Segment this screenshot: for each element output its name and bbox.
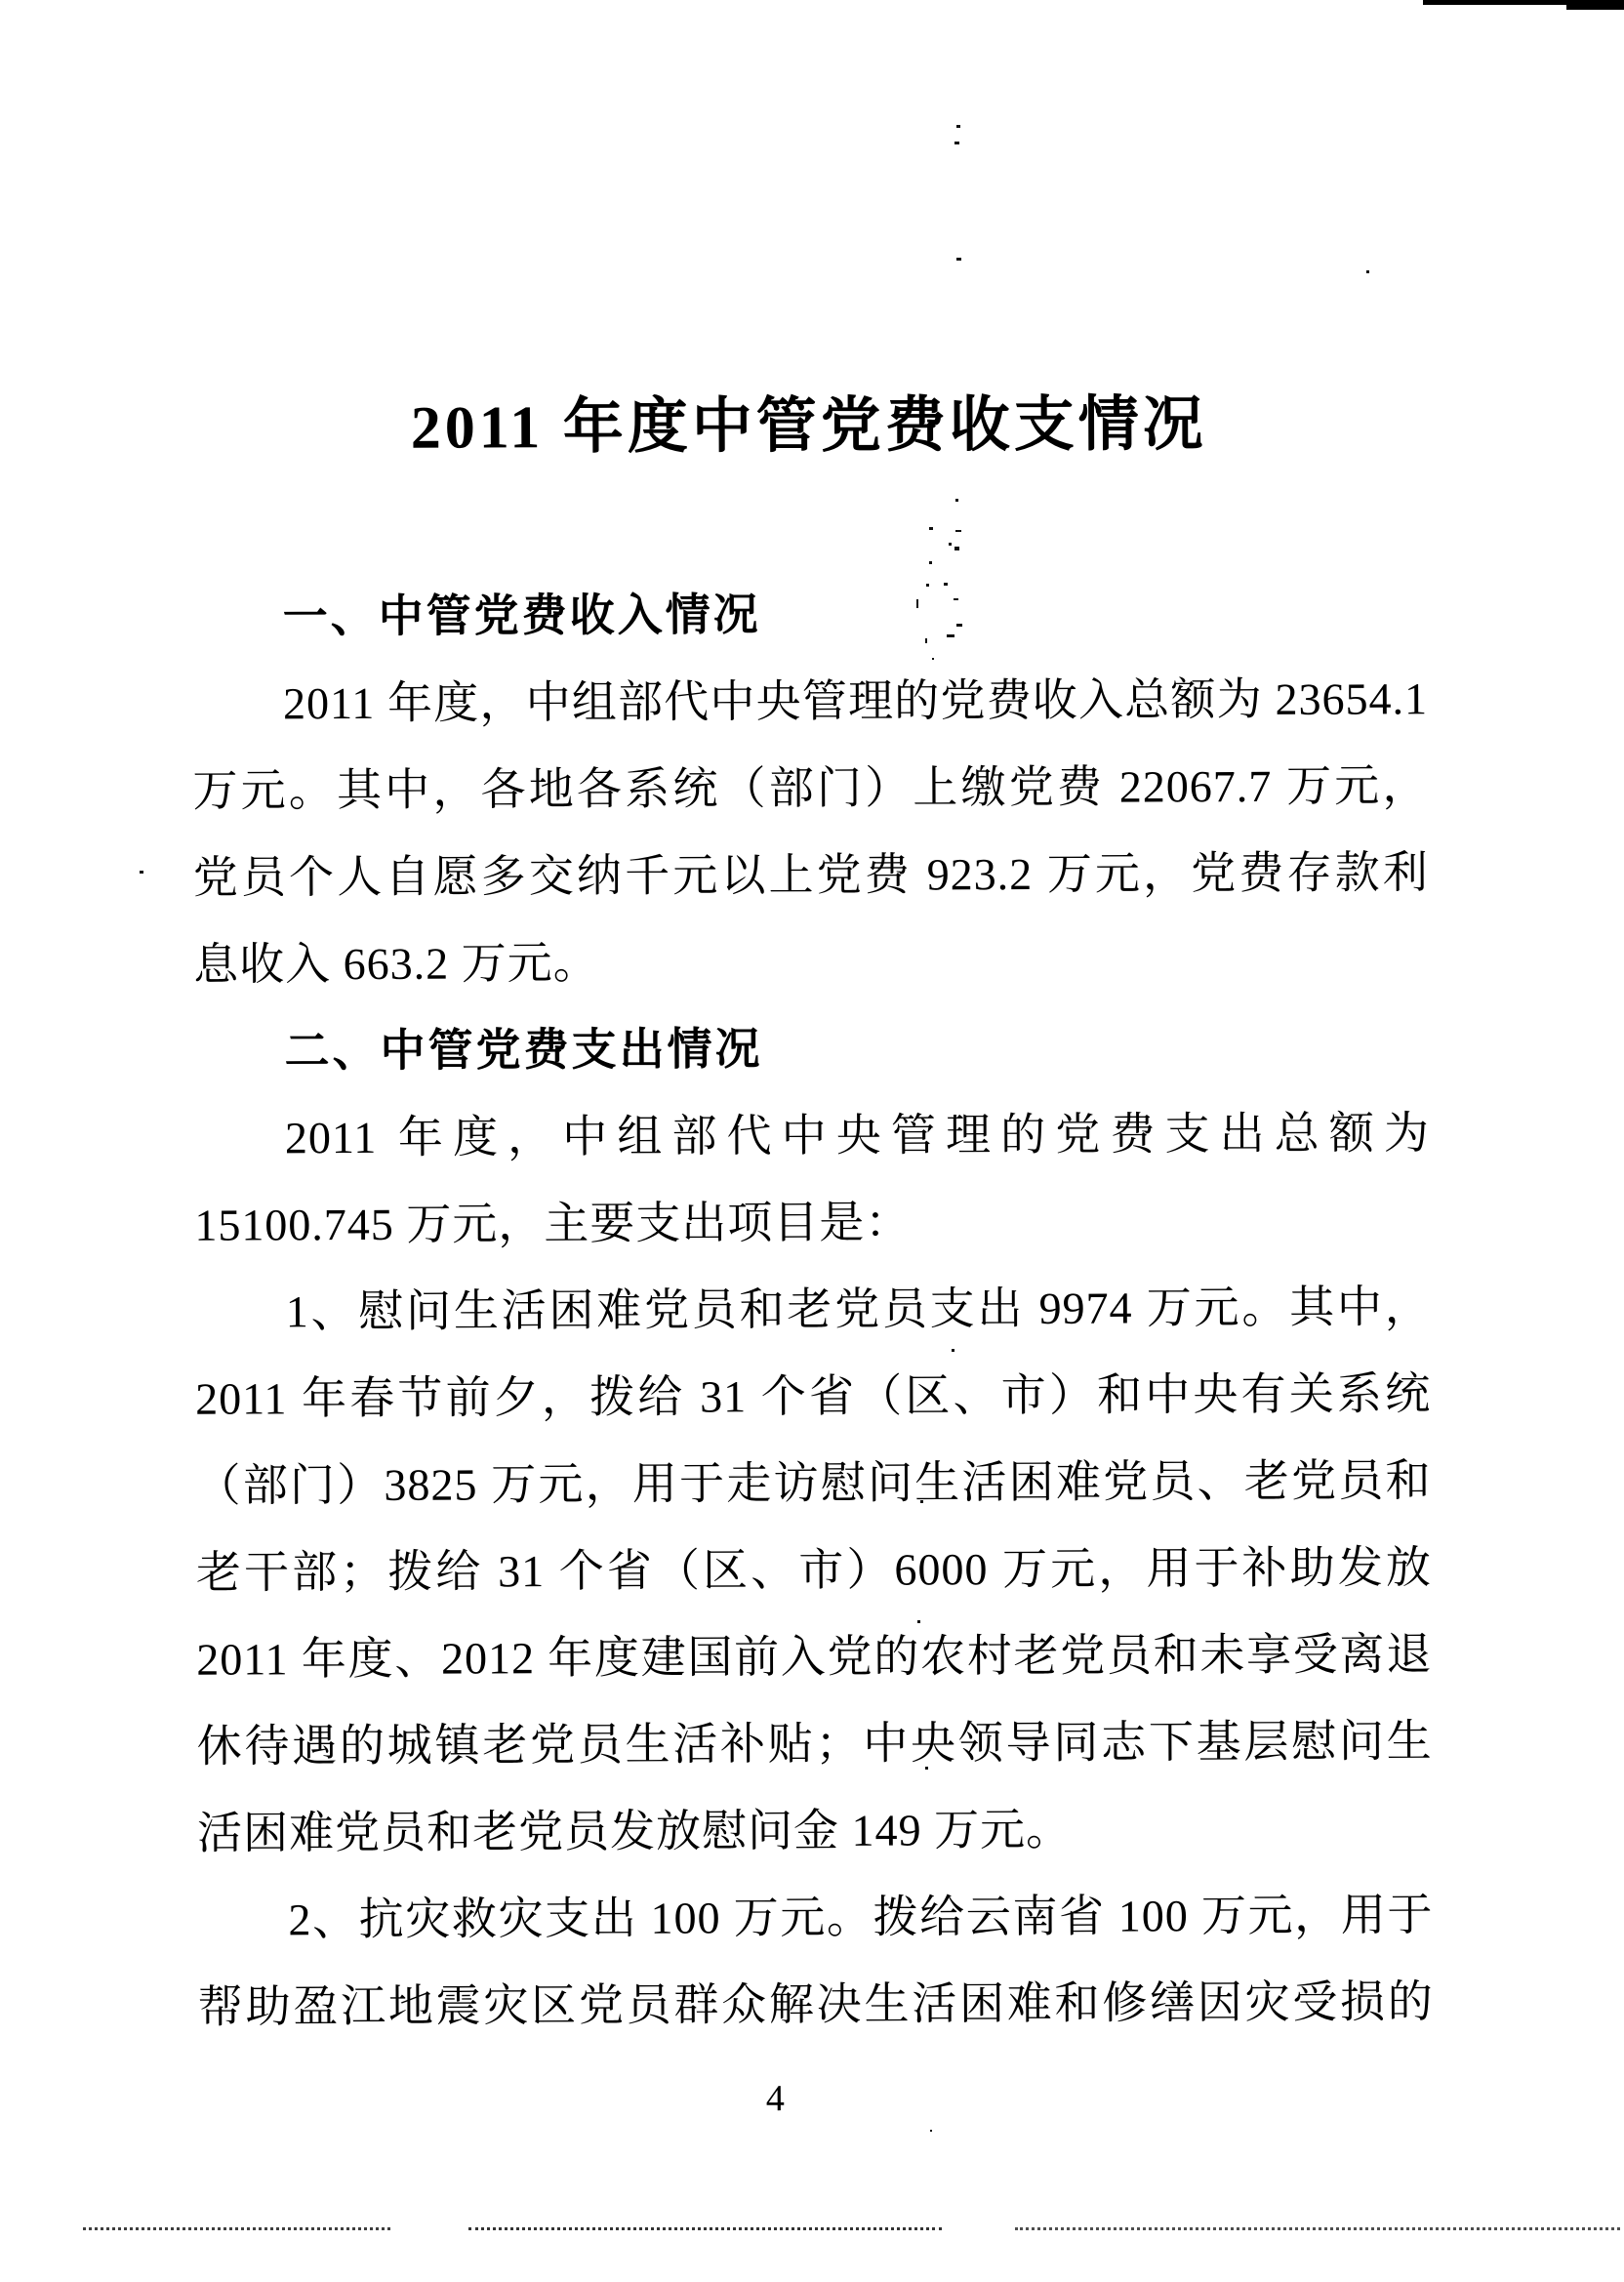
scan-noise-speck [944, 583, 948, 586]
dotted-rule-segment [468, 2227, 942, 2230]
text-line: （部门）3825 万元，用于走访慰问生活困难党员、老党员和 [195, 1437, 1431, 1529]
section-heading: 二、中管党费支出情况 [193, 1002, 1429, 1095]
scan-noise-speck [954, 142, 959, 144]
text-line: 2011 年度，中组部代中央管理的党费支出总额为 [194, 1089, 1430, 1182]
scan-noise-speck [932, 658, 934, 660]
document-title: 2011 年度中管党费收支情况 [0, 373, 1621, 467]
section-heading: 一、中管党费收入情况 [191, 568, 1427, 661]
text-line: 活困难党员和老党员发放慰问金 149 万元。 [197, 1784, 1433, 1877]
scan-noise-speck [920, 1500, 923, 1503]
scan-noise-speck [1366, 270, 1369, 273]
scan-noise-speck [956, 125, 960, 128]
scanned-document-page: 2011 年度中管党费收支情况 一、中管党费收入情况 2011 年度，中组部代中… [0, 0, 1624, 2282]
text-line: 万元。其中，各地各系统（部门）上缴党费 22067.7 万元， [192, 742, 1428, 835]
text-line: 休待遇的城镇老党员生活补贴；中央领导同志下基层慰问生 [197, 1697, 1433, 1790]
scan-noise-speck [949, 543, 952, 546]
scan-noise-speck [954, 1115, 956, 1118]
scan-noise-speck [140, 871, 143, 874]
text-line: 党员个人自愿多交纳千元以上党费 923.2 万元，党费存款利 [193, 829, 1429, 921]
scan-noise-speck [917, 1620, 920, 1623]
text-line: 15100.745 万元，主要支出项目是： [194, 1176, 1430, 1269]
text-line: 息收入 663.2 万元。 [193, 916, 1429, 1008]
scan-noise-speck [916, 599, 918, 608]
dotted-rule-segment [83, 2227, 390, 2230]
dotted-rule-segment [1015, 2227, 1620, 2230]
text-line: 1、慰问生活困难党员和老党员支出 9974 万元。其中， [195, 1263, 1431, 1356]
text-line: 2011 年度，中组部代中央管理的党费收入总额为 23654.1 [192, 655, 1428, 748]
scan-noise-speck [955, 499, 958, 502]
page-number: 4 [4, 2074, 1546, 2124]
scan-noise-speck [929, 527, 933, 530]
text-line: 老干部；拨给 31 个省（区、市）6000 万元，用于补助发放 [196, 1524, 1432, 1616]
scan-noise-speck [947, 634, 954, 637]
scan-noise-speck [926, 584, 929, 587]
scan-noise-speck [930, 2130, 932, 2132]
scan-noise-speck [952, 1349, 954, 1352]
scan-noise-speck [956, 258, 961, 261]
text-line: 2011 年度、2012 年度建国前入党的农村老党员和未享受离退 [196, 1610, 1432, 1703]
scan-noise-speck [929, 561, 932, 564]
scan-noise-speck [925, 638, 927, 643]
text-line: 2、抗灾救灾支出 100 万元。拨给云南省 100 万元，用于 [197, 1871, 1433, 1964]
scan-noise-speck [954, 547, 959, 550]
text-block: 一、中管党费收入情况 2011 年度，中组部代中央管理的党费收入总额为 2365… [191, 568, 1434, 2051]
text-line: 帮助盈江地震灾区党员群众解决生活困难和修缮因灾受损的 [198, 1958, 1434, 2051]
text-line: 2011 年春节前夕，拨给 31 个省（区、市）和中央有关系统 [195, 1350, 1431, 1443]
scan-noise-speck [954, 598, 958, 600]
document-content: 2011 年度中管党费收支情况 一、中管党费收入情况 2011 年度，中组部代中… [0, 0, 1624, 2282]
scan-noise-speck [955, 530, 961, 532]
scan-noise-speck [925, 1767, 928, 1770]
scan-noise-speck [956, 624, 962, 627]
